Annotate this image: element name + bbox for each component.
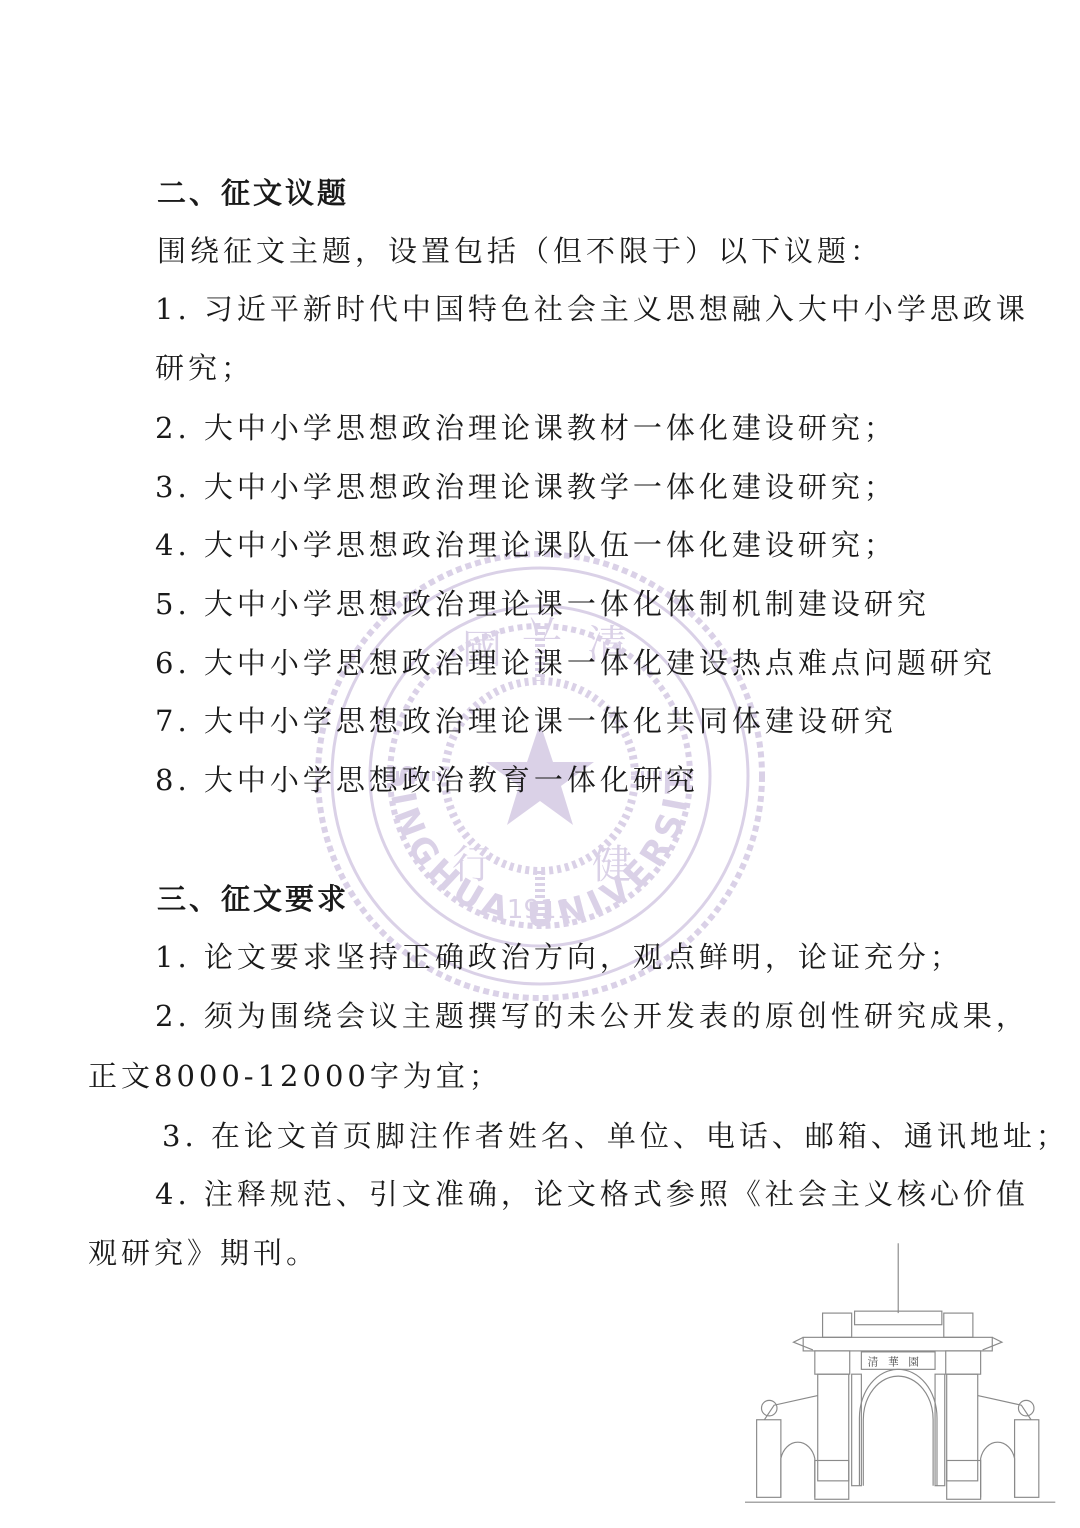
topic-item-1-cont: 研究； <box>155 350 254 386</box>
svg-text:健: 健 <box>592 842 632 888</box>
seal-year: 1911 <box>507 895 573 925</box>
topic-item-3: 3. 大中小学思想政治理论课教学一体化建设研究； <box>155 469 897 505</box>
topic-item-5: 5. 大中小学思想政治理论课一体化体制机制建设研究 <box>155 586 930 622</box>
requirement-item-2-cont: 正文8000-12000字为宜； <box>88 1058 502 1094</box>
requirement-item-1: 1. 论文要求坚持正确政治方向，观点鲜明，论证充分； <box>155 939 963 975</box>
requirement-item-2: 2. 须为围绕会议主题撰写的未公开发表的原创性研究成果， <box>155 998 1029 1034</box>
gate-plaque: 清華園 <box>868 1355 929 1368</box>
requirement-item-3: 3. 在论文首页脚注作者姓名、单位、电话、邮箱、通讯地址； <box>162 1118 1069 1154</box>
topic-item-1: 1. 习近平新时代中国特色社会主义思想融入大中小学思政课 <box>155 291 1029 327</box>
topic-item-6: 6. 大中小学思想政治理论课一体化建设热点难点问题研究 <box>155 645 996 681</box>
topic-item-2: 2. 大中小学思想政治理论课教材一体化建设研究； <box>155 410 897 446</box>
svg-text:行: 行 <box>452 842 492 888</box>
requirement-item-4-cont: 观研究》期刊。 <box>88 1235 319 1271</box>
document-page: TSINGHUA UNIVERSITY 1911 國 立 清 行 健 二、征文议… <box>0 0 1080 1528</box>
university-gate-illustration-icon: 清華園 <box>745 1232 1065 1528</box>
topics-intro: 围绕征文主题，设置包括（但不限于）以下议题： <box>157 233 883 269</box>
topic-item-4: 4. 大中小学思想政治理论课队伍一体化建设研究； <box>155 527 897 563</box>
topic-item-7: 7. 大中小学思想政治理论课一体化共同体建设研究 <box>155 703 897 739</box>
topic-item-8: 8. 大中小学思想政治教育一体化研究 <box>155 762 699 798</box>
section-heading-topics: 二、征文议题 <box>157 175 349 211</box>
requirement-item-4: 4. 注释规范、引文准确，论文格式参照《社会主义核心价值 <box>155 1176 1029 1212</box>
section-heading-requirements: 三、征文要求 <box>157 881 349 917</box>
